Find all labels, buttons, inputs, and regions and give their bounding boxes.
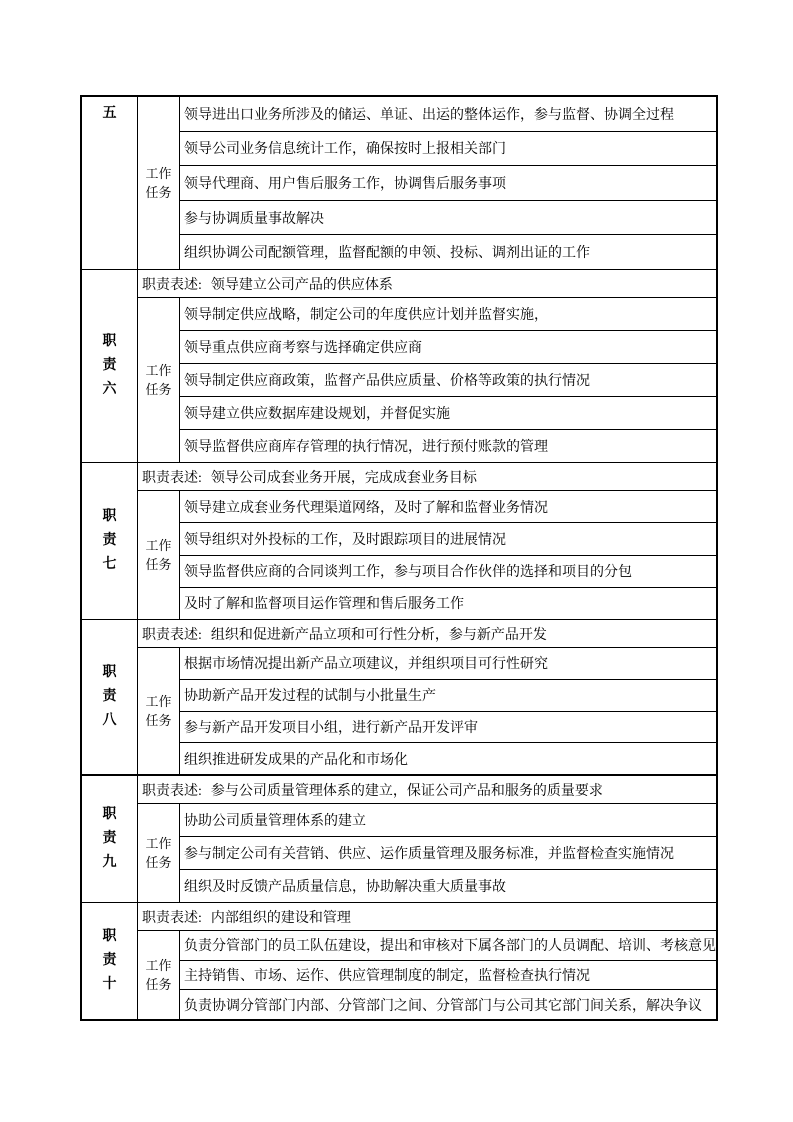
task-row: 领导制定供应战略，制定公司的年度供应计划并监督实施， <box>180 298 716 331</box>
duty-nine-label: 职责九 <box>102 803 117 875</box>
description-prefix: 职责表述: <box>142 780 202 800</box>
duty-six-description-row: 职责表述: 领导建立公司产品的供应体系 <box>138 270 716 298</box>
task-row: 领导制定供应商政策，监督产品供应质量、价格等政策的执行情况 <box>180 364 716 397</box>
task-row: 参与制定公司有关营销、供应、运作质量管理及服务标准，并监督检查实施情况 <box>180 837 716 870</box>
responsibilities-table: 五 工作任务 领导进出口业务所涉及的储运、单证、出运的整体运作，参与监督、协调全… <box>80 95 718 1021</box>
duty-six-label-cell: 职责六 <box>82 270 138 462</box>
duty-six-label: 职责六 <box>102 330 117 402</box>
work-task-header-cell: 工作任务 <box>138 491 180 619</box>
task-row: 领导重点供应商考察与选择确定供应商 <box>180 331 716 364</box>
section-duty-ten: 职责十 职责表述: 内部组织的建设和管理 工作任务 负责分管部门的员工队伍建设，… <box>82 902 716 1019</box>
duty-nine-description-row: 职责表述: 参与公司质量管理体系的建立，保证公司产品和服务的质量要求 <box>138 776 716 804</box>
work-task-header-label: 工作任务 <box>146 956 172 994</box>
section-duty-six: 职责六 职责表述: 领导建立公司产品的供应体系 工作任务 领导制定供应战略，制定… <box>82 269 716 462</box>
duty-nine-label-cell: 职责九 <box>82 776 138 902</box>
duty-ten-body: 职责表述: 内部组织的建设和管理 工作任务 负责分管部门的员工队伍建设，提出和审… <box>138 903 716 1019</box>
duty-ten-tasks: 工作任务 负责分管部门的员工队伍建设，提出和审核对下属各部门的人员调配、培训、考… <box>138 931 716 1019</box>
duty-six-description: 领导建立公司产品的供应体系 <box>211 274 393 294</box>
description-prefix: 职责表述: <box>142 907 202 927</box>
duty-nine-body: 职责表述: 参与公司质量管理体系的建立，保证公司产品和服务的质量要求 工作任务 … <box>138 776 716 902</box>
task-row: 参与协调质量事故解决 <box>180 201 716 236</box>
duty-eight-description-row: 职责表述: 组织和促进新产品立项和可行性分析，参与新产品开发 <box>138 620 716 648</box>
duty-ten-description-row: 职责表述: 内部组织的建设和管理 <box>138 903 716 931</box>
task-row: 领导建立供应数据库建设规划，并督促实施 <box>180 397 716 430</box>
task-row: 组织推进研发成果的产品化和市场化 <box>180 743 716 774</box>
description-prefix: 职责表述: <box>142 624 202 644</box>
task-row: 领导公司业务信息统计工作，确保按时上报相关部门 <box>180 132 716 167</box>
duty-ten-label-cell: 职责十 <box>82 903 138 1019</box>
task-row: 根据市场情况提出新产品立项建议，并组织项目可行性研究 <box>180 648 716 680</box>
duty-seven-label: 职责七 <box>102 505 117 577</box>
section-duty-five: 五 工作任务 领导进出口业务所涉及的储运、单证、出运的整体运作，参与监督、协调全… <box>82 97 716 269</box>
duty-eight-label-cell: 职责八 <box>82 620 138 774</box>
work-task-header-cell: 工作任务 <box>138 804 180 902</box>
duty-seven-tasks: 工作任务 领导建立成套业务代理渠道网络，及时了解和监督业务情况 领导组织对外投标… <box>138 491 716 619</box>
task-row: 组织及时反馈产品质量信息，协助解决重大质量事故 <box>180 870 716 902</box>
work-task-header-label: 工作任务 <box>146 536 172 574</box>
section-duty-seven: 职责七 职责表述: 领导公司成套业务开展，完成成套业务目标 工作任务 领导建立成… <box>82 462 716 619</box>
task-row: 领导监督供应商的合同谈判工作，参与项目合作伙伴的选择和项目的分包 <box>180 556 716 588</box>
duty-nine-tasks: 工作任务 协助公司质量管理体系的建立 参与制定公司有关营销、供应、运作质量管理及… <box>138 804 716 902</box>
task-row: 负责协调分管部门内部、分管部门之间、分管部门与公司其它部门间关系，解决争议 <box>180 990 716 1019</box>
task-row: 领导代理商、用户售后服务工作，协调售后服务事项 <box>180 166 716 201</box>
duty-ten-label: 职责十 <box>102 925 117 997</box>
description-prefix: 职责表述: <box>142 274 202 294</box>
work-task-header-cell: 工作任务 <box>138 97 180 269</box>
duty-seven-label-cell: 职责七 <box>82 463 138 619</box>
duty-six-body: 职责表述: 领导建立公司产品的供应体系 工作任务 领导制定供应战略，制定公司的年… <box>138 270 716 462</box>
duty-five-label-cell: 五 <box>82 97 138 269</box>
duty-eight-description: 组织和促进新产品立项和可行性分析，参与新产品开发 <box>211 624 547 644</box>
duty-seven-description: 领导公司成套业务开展，完成成套业务目标 <box>211 467 477 487</box>
task-row: 协助公司质量管理体系的建立 <box>180 804 716 837</box>
duty-five-tasks: 工作任务 领导进出口业务所涉及的储运、单证、出运的整体运作，参与监督、协调全过程… <box>138 97 716 269</box>
task-row: 及时了解和监督项目运作管理和售后服务工作 <box>180 588 716 619</box>
task-row: 协助新产品开发过程的试制与小批量生产 <box>180 680 716 712</box>
duty-six-tasks: 工作任务 领导制定供应战略，制定公司的年度供应计划并监督实施， 领导重点供应商考… <box>138 298 716 462</box>
duty-seven-body: 职责表述: 领导公司成套业务开展，完成成套业务目标 工作任务 领导建立成套业务代… <box>138 463 716 619</box>
task-row: 领导建立成套业务代理渠道网络，及时了解和监督业务情况 <box>180 491 716 523</box>
work-task-header-label: 工作任务 <box>146 164 172 202</box>
task-row: 参与新产品开发项目小组，进行新产品开发评审 <box>180 712 716 744</box>
work-task-header-cell: 工作任务 <box>138 931 180 1019</box>
task-row: 领导监督供应商库存管理的执行情况，进行预付账款的管理 <box>180 430 716 462</box>
task-row: 负责分管部门的员工队伍建设，提出和审核对下属各部门的人员调配、培训、考核意见 <box>180 931 716 961</box>
duty-eight-body: 职责表述: 组织和促进新产品立项和可行性分析，参与新产品开发 工作任务 根据市场… <box>138 620 716 774</box>
work-task-header-cell: 工作任务 <box>138 298 180 462</box>
task-row: 领导组织对外投标的工作，及时跟踪项目的进展情况 <box>180 523 716 555</box>
duty-seven-description-row: 职责表述: 领导公司成套业务开展，完成成套业务目标 <box>138 463 716 491</box>
description-prefix: 职责表述: <box>142 467 202 487</box>
duty-nine-description: 参与公司质量管理体系的建立，保证公司产品和服务的质量要求 <box>211 780 603 800</box>
work-task-header-label: 工作任务 <box>146 361 172 399</box>
section-duty-nine: 职责九 职责表述: 参与公司质量管理体系的建立，保证公司产品和服务的质量要求 工… <box>82 774 716 902</box>
work-task-header-cell: 工作任务 <box>138 648 180 774</box>
duty-eight-tasks: 工作任务 根据市场情况提出新产品立项建议，并组织项目可行性研究 协助新产品开发过… <box>138 648 716 774</box>
task-row: 主持销售、市场、运作、供应管理制度的制定，监督检查执行情况 <box>180 961 716 991</box>
task-row: 组织协调公司配额管理，监督配额的申领、投标、调剂出证的工作 <box>180 235 716 269</box>
work-task-header-label: 工作任务 <box>146 692 172 730</box>
section-duty-eight: 职责八 职责表述: 组织和促进新产品立项和可行性分析，参与新产品开发 工作任务 … <box>82 619 716 774</box>
task-row: 领导进出口业务所涉及的储运、单证、出运的整体运作，参与监督、协调全过程 <box>180 97 716 132</box>
work-task-header-label: 工作任务 <box>146 834 172 872</box>
duty-five-body: 工作任务 领导进出口业务所涉及的储运、单证、出运的整体运作，参与监督、协调全过程… <box>138 97 716 269</box>
duty-ten-description: 内部组织的建设和管理 <box>211 907 351 927</box>
duty-eight-label: 职责八 <box>102 661 117 733</box>
duty-five-label: 五 <box>102 102 117 126</box>
